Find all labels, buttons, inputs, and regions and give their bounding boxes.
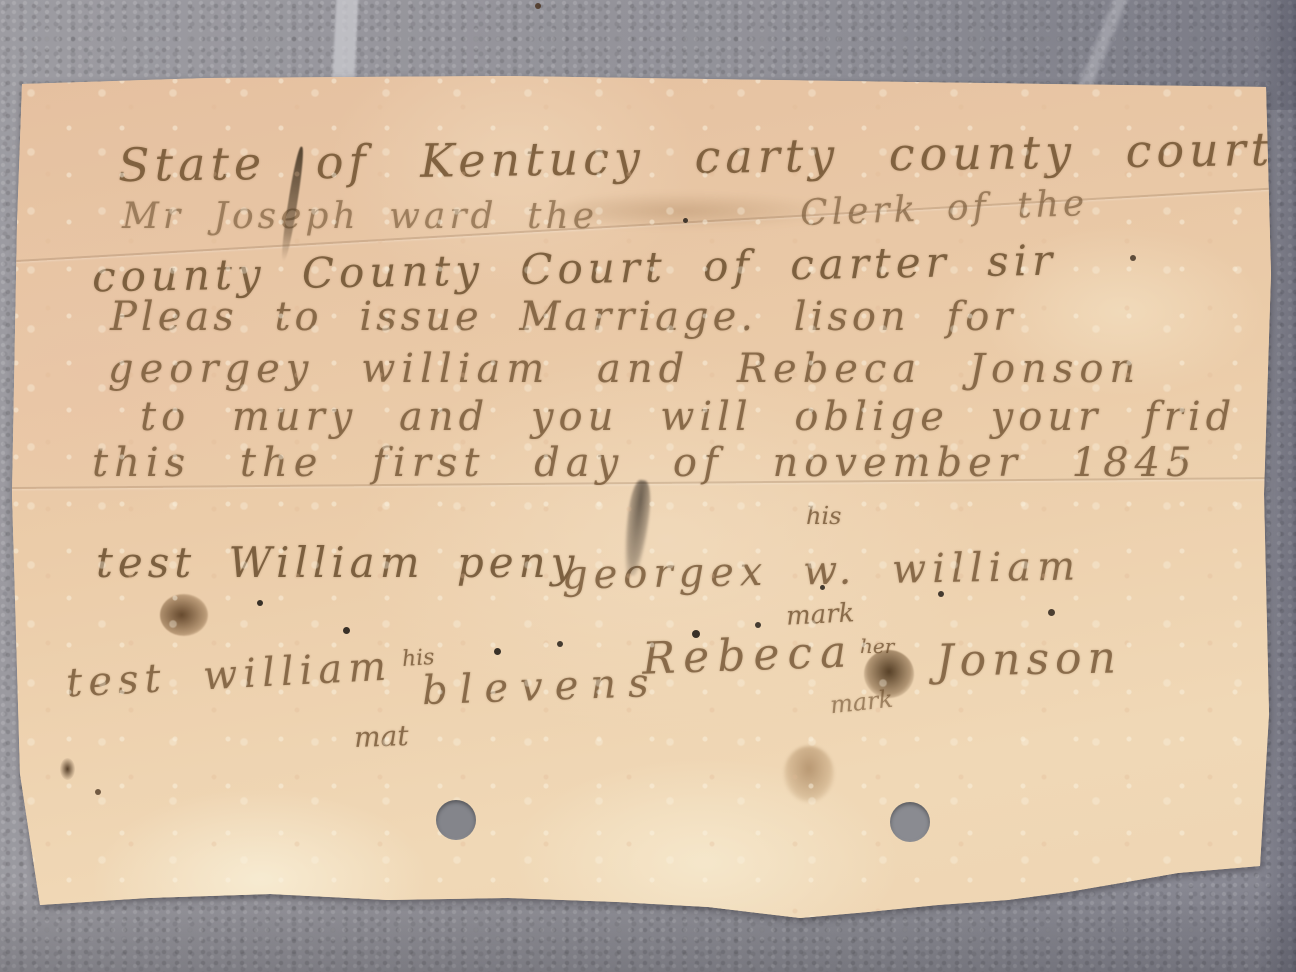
line-date: this the first day of november 1845 — [92, 440, 1197, 486]
water-stain — [784, 746, 834, 802]
punch-hole-right — [890, 802, 930, 842]
sig-rebeca-first-name: Rebeca — [641, 626, 855, 684]
line-clerk-address-a: Mr Joseph ward the — [122, 196, 598, 237]
paper-wrapper: State of Kentucy carty county court Mr J… — [0, 0, 1296, 972]
line-county-court: county County Court of carter sir — [92, 236, 1058, 302]
sig-blevens-mat: mat — [353, 719, 409, 754]
faded-ink-smear — [556, 192, 836, 230]
ink-speck — [938, 591, 944, 597]
line-pleas-issue: Pleas to issue Marriage. lison for — [110, 294, 1016, 340]
ink-speck — [1048, 609, 1055, 616]
ink-blot — [160, 594, 208, 636]
sig-blevens-name: blevens — [421, 660, 661, 714]
signature-x-mark-blot — [864, 650, 914, 698]
ink-speck — [343, 627, 350, 634]
ink-speck — [557, 641, 563, 647]
line-names: georgey william and Rebeca Jonson — [108, 346, 1141, 392]
ink-speck — [1130, 255, 1136, 261]
sig-rebeca-last-name: Jonson — [936, 632, 1123, 686]
ink-speck — [820, 585, 825, 590]
ink-speck — [683, 218, 688, 223]
sig-blevens-test-witness: test william — [65, 643, 393, 706]
ink-speck — [60, 758, 75, 780]
sig-george-test-witness: test William peny — [96, 538, 579, 587]
sig-george-his: his — [806, 502, 841, 530]
ink-speck — [692, 630, 700, 638]
line-clerk-address-b: Clerk of the — [799, 183, 1088, 234]
ink-speck — [257, 600, 263, 606]
ink-speck — [95, 789, 101, 795]
line-oblige: to mury and you will oblige your frid — [140, 394, 1236, 440]
paper-document: State of Kentucy carty county court Mr J… — [8, 74, 1274, 922]
ink-speck — [494, 648, 501, 655]
photo-of-document: State of Kentucy carty county court Mr J… — [0, 0, 1296, 972]
ink-speck — [755, 622, 761, 628]
punch-hole-left — [436, 800, 476, 840]
